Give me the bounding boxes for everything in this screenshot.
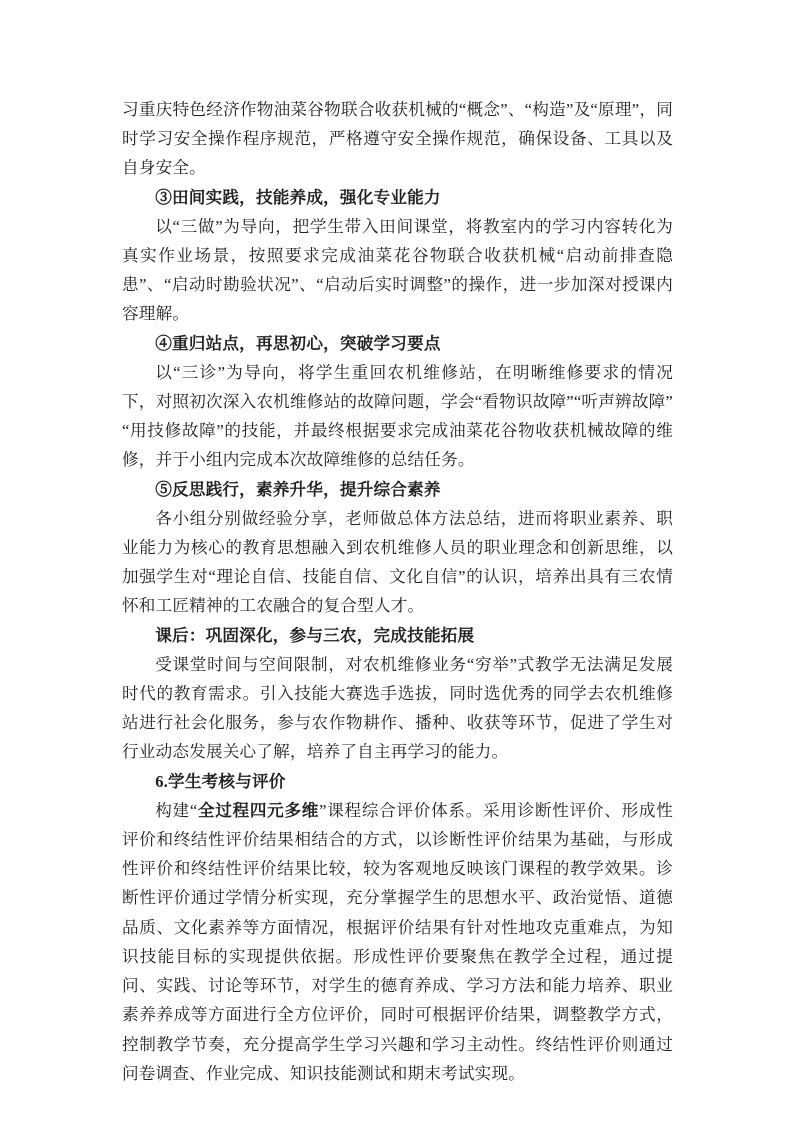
paragraph: 受课堂时间与空间限制，对农机维修业务“穷举”式教学无法满足发展时代的教育需求。引… [122, 650, 673, 767]
bold-text-run: 全过程四元多维 [197, 801, 319, 820]
paragraph: 以“三做”为导向，把学生带入田间课堂，将教室内的学习内容转化为真实作业场景，按照… [122, 212, 673, 329]
text-run: 课后：巩固深化，参与三农，完成技能拓展 [155, 626, 474, 645]
text-run: 各小组分别做经验分享，老师做总体方法总结，进而将职业素养、职业能力为核心的教育思… [122, 509, 673, 616]
section-heading: ③田间实践，技能养成，强化专业能力 [122, 183, 673, 212]
section-heading: 6.学生考核与评价 [122, 767, 673, 796]
section-heading: 课后：巩固深化，参与三农，完成技能拓展 [122, 621, 673, 650]
section-heading: ⑤反思践行，素养升华，提升综合素养 [122, 475, 673, 504]
document-body: 习重庆特色经济作物油菜谷物联合收获机械的“概念”、“构造”及“原理”，同时学习安… [122, 95, 673, 1088]
section-heading: ④重归站点，再思初心，突破学习要点 [122, 329, 673, 358]
text-run: ⑤反思践行，素养升华，提升综合素养 [155, 480, 441, 499]
text-run: 受课堂时间与空间限制，对农机维修业务“穷举”式教学无法满足发展时代的教育需求。引… [122, 655, 673, 762]
paragraph: 以“三诊”为导向，将学生重回农机维修站，在明晰维修要求的情况下，对照初次深入农机… [122, 358, 673, 475]
text-run: ③田间实践，技能养成，强化专业能力 [155, 188, 441, 207]
paragraph: 习重庆特色经济作物油菜谷物联合收获机械的“概念”、“构造”及“原理”，同时学习安… [122, 95, 673, 183]
text-run: 习重庆特色经济作物油菜谷物联合收获机械的“概念”、“构造”及“原理”，同时学习安… [122, 100, 673, 177]
paragraph: 构建“全过程四元多维”课程综合评价体系。采用诊断性评价、形成性评价和终结性评价结… [122, 796, 673, 1088]
text-run: 以“三做”为导向，把学生带入田间课堂，将教室内的学习内容转化为真实作业场景，按照… [122, 217, 673, 324]
paragraph: 各小组分别做经验分享，老师做总体方法总结，进而将职业素养、职业能力为核心的教育思… [122, 504, 673, 621]
text-run: 6.学生考核与评价 [155, 772, 285, 791]
text-run: ”课程综合评价体系。采用诊断性评价、形成性评价和终结性评价结果相结合的方式，以诊… [122, 801, 673, 1083]
text-run: 构建“ [155, 801, 197, 820]
document-page: 习重庆特色经济作物油菜谷物联合收获机械的“概念”、“构造”及“原理”，同时学习安… [0, 0, 793, 1122]
text-run: ④重归站点，再思初心，突破学习要点 [155, 334, 441, 353]
text-run: 以“三诊”为导向，将学生重回农机维修站，在明晰维修要求的情况下，对照初次深入农机… [122, 363, 673, 470]
